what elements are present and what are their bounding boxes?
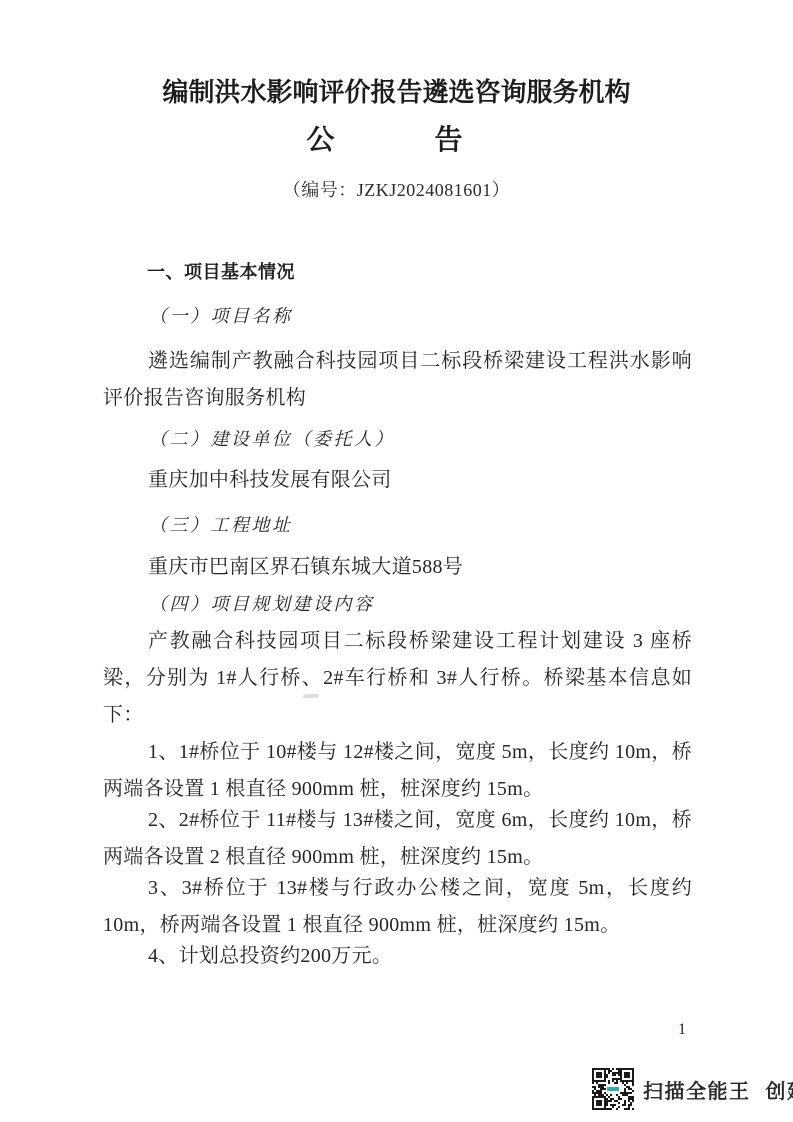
subsection-2-label: （二）建设单位（委托人） xyxy=(103,421,692,458)
subsection-3-text: 重庆市巴南区界石镇东城大道588号 xyxy=(103,549,692,586)
subsection-1-label: （一）项目名称 xyxy=(103,298,692,335)
subsection-3-label: （三）工程地址 xyxy=(103,507,692,544)
subsection-4-label: （四）项目规划建设内容 xyxy=(103,586,692,623)
scanned-document-page: 编制洪水影响评价报告遴选咨询服务机构 公 告 （编号：JZKJ202408160… xyxy=(0,0,793,1122)
camscanner-qr-icon xyxy=(592,1068,634,1110)
list-item-bridge-1: 1、1#桥位于 10#楼与 12#楼之间，宽度 5m，长度约 10m，桥两端各设… xyxy=(103,734,692,808)
document-body: 一、项目基本情况 （一）项目名称 遴选编制产教融合科技园项目二标段桥梁建设工程洪… xyxy=(103,254,692,975)
document-number: （编号：JZKJ2024081601） xyxy=(0,178,793,202)
camscanner-watermark-label: 扫描全能王 创建 xyxy=(643,1075,793,1104)
announcement-char-right: 告 xyxy=(435,122,463,160)
subsection-2-text: 重庆加中科技发展有限公司 xyxy=(103,462,692,499)
subsection-4-text: 产教融合科技园项目二标段桥梁建设工程计划建设 3 座桥梁，分别为 1#人行桥、2… xyxy=(103,623,692,734)
list-item-bridge-3: 3、3#桥位于 13#楼与行政办公楼之间，宽度 5m，长度约 10m，桥两端各设… xyxy=(103,870,692,944)
page-number: 1 xyxy=(678,1021,686,1039)
document-header: 编制洪水影响评价报告遴选咨询服务机构 公 告 （编号：JZKJ202408160… xyxy=(0,0,793,202)
announcement-char-left: 公 xyxy=(306,122,334,160)
camscanner-watermark: 扫描全能王 创建 xyxy=(592,1068,793,1110)
document-title-announcement: 公 告 xyxy=(0,122,781,160)
subsection-1-text: 遴选编制产教融合科技园项目二标段桥梁建设工程洪水影响评价报告咨询服务机构 xyxy=(103,343,692,417)
document-title: 编制洪水影响评价报告遴选咨询服务机构 xyxy=(0,76,793,110)
section-heading: 一、项目基本情况 xyxy=(103,254,692,291)
list-item-bridge-2: 2、2#桥位于 11#楼与 13#楼之间，宽度 6m，长度约 10m，桥两端各设… xyxy=(103,802,692,876)
